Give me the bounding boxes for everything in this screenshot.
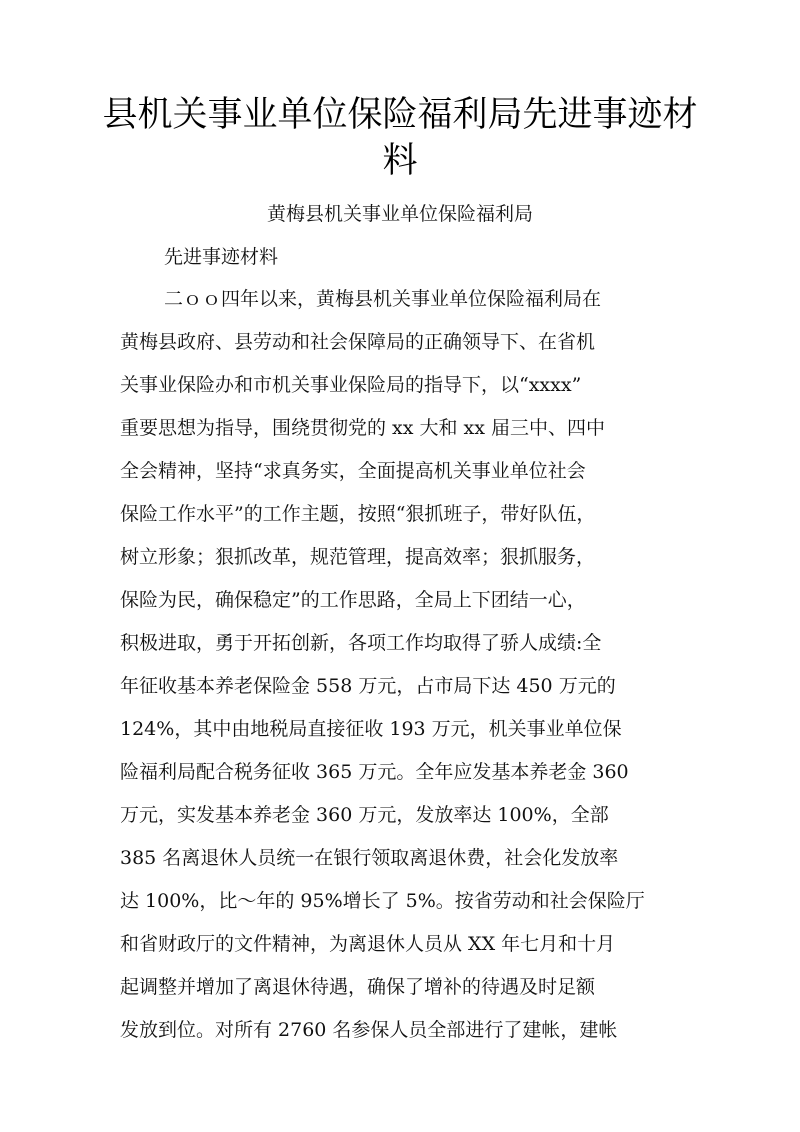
body-line: 124%，其中由地税局直接征收 193 万元，机关事业单位保 xyxy=(120,715,690,743)
body-line: 万元，实发基本养老金 360 万元，发放率达 100%，全部 xyxy=(120,801,690,829)
section-heading: 先进事迹材料 xyxy=(164,243,734,271)
title-line-1: 县机关事业单位保险福利局先进事迹材 xyxy=(102,95,697,135)
body-line: 发放到位。对所有 2760 名参保人员全部进行了建帐，建帐 xyxy=(120,1016,690,1044)
body-line: 年征收基本养老保险金 558 万元，占市局下达 450 万元的 xyxy=(120,672,690,700)
document-title: 县机关事业单位保险福利局先进事迹材 料 xyxy=(100,92,700,184)
body-line: 和省财政厅的文件精神，为离退休人员从 XX 年七月和十月 xyxy=(120,930,690,958)
body-line: 黄梅县政府、县劳动和社会保障局的正确领导下、在省机 xyxy=(120,328,690,356)
body-line: 达 100%，比～年的 95%增长了 5%。按省劳动和社会保险厅 xyxy=(120,887,690,915)
body-line: 积极进取，勇于开拓创新，各项工作均取得了骄人成绩:全 xyxy=(120,629,690,657)
document-subtitle: 黄梅县机关事业单位保险福利局 xyxy=(100,200,700,228)
body-line: 关事业保险办和市机关事业保险局的指导下，以“xxxx” xyxy=(120,371,690,399)
title-line-2: 料 xyxy=(382,141,417,181)
body-line: 保险工作水平”的工作主题，按照“狠抓班子，带好队伍， xyxy=(120,500,690,528)
body-line: 全会精神，坚持“求真务实，全面提高机关事业单位社会 xyxy=(120,457,690,485)
body-line: 385 名离退休人员统一在银行领取离退休费，社会化发放率 xyxy=(120,844,690,872)
body-line: 起调整并增加了离退休待遇，确保了增补的待遇及时足额 xyxy=(120,973,690,1001)
body-line: 险福利局配合税务征收 365 万元。全年应发基本养老金 360 xyxy=(120,758,690,786)
body-line: 重要思想为指导，围绕贯彻党的 xx 大和 xx 届三中、四中 xyxy=(120,414,690,442)
body-line: 保险为民，确保稳定”的工作思路，全局上下团结一心， xyxy=(120,586,690,614)
body-line: 树立形象；狠抓改革，规范管理，提高效率；狠抓服务， xyxy=(120,543,690,571)
body-line: 二ｏｏ四年以来，黄梅县机关事业单位保险福利局在 xyxy=(164,285,734,313)
